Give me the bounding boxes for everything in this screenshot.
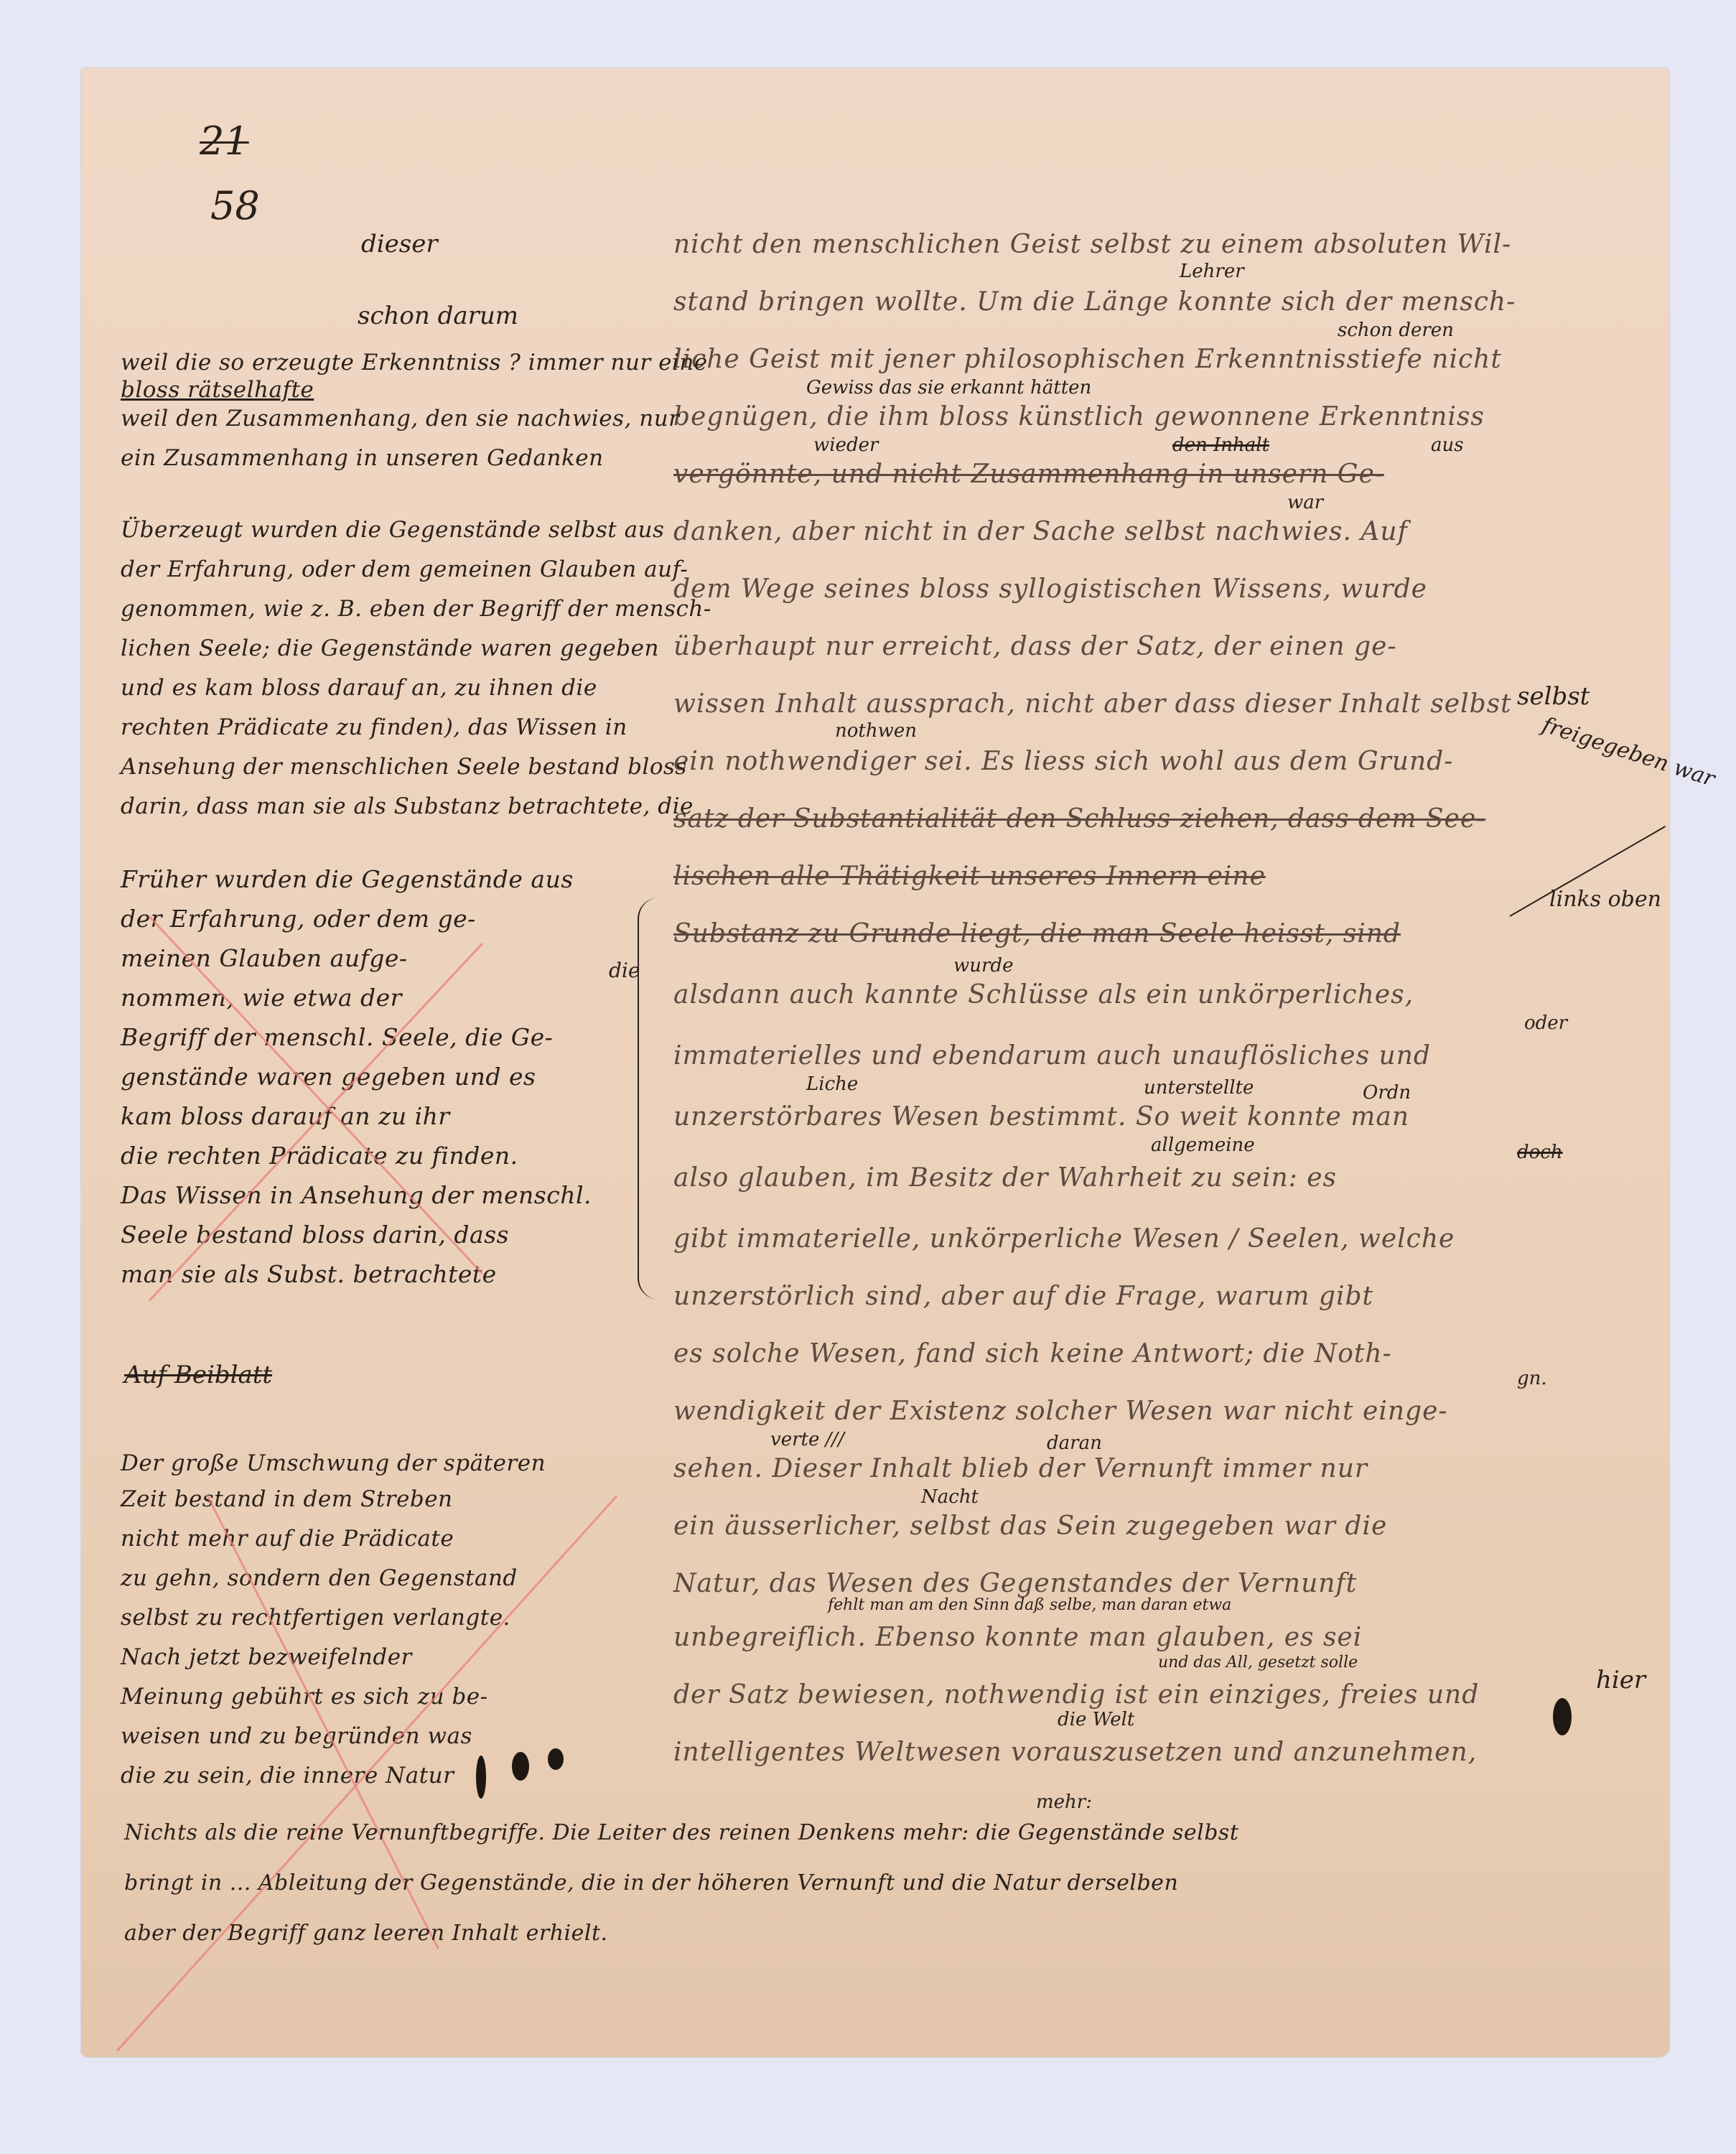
main-line: der Satz bewiesen, nothwendig ist ein ei… xyxy=(673,1680,1479,1710)
lower-line: Der große Umschwung der späteren xyxy=(121,1450,546,1476)
main-line: immaterielles und ebendarum auch unauflö… xyxy=(673,1041,1431,1071)
crossed-line: nommen, wie etwa der xyxy=(121,984,402,1012)
lower-line: nicht mehr auf die Prädicate xyxy=(121,1526,454,1552)
left-paragraph-line: darin, dass man sie als Substanz betrach… xyxy=(121,793,694,819)
manuscript-page: 21 58 dieser schon darum nicht den mensc… xyxy=(81,68,1669,2057)
insertion-bracket xyxy=(638,897,661,1300)
interlinear-insert: den Inhalt xyxy=(1172,434,1269,456)
interlinear-insert: Ordn xyxy=(1363,1082,1411,1104)
interlinear-insert: unterstellte xyxy=(1144,1077,1254,1099)
insert-schon-darum: schon darum xyxy=(358,302,518,330)
side-note-die: die xyxy=(609,959,640,982)
lower-line: Nach jetzt bezweifelnder xyxy=(121,1644,412,1670)
interlinear-insert: allgemeine xyxy=(1151,1134,1255,1156)
bottom-line: aber der Begriff ganz leeren Inhalt erhi… xyxy=(124,1921,608,1946)
left-paragraph-line: Ansehung der menschlichen Seele bestand … xyxy=(121,754,687,780)
crossed-line: die rechten Prädicate zu finden. xyxy=(121,1142,518,1170)
main-line: wissen Inhalt aussprach, nicht aber dass… xyxy=(673,689,1512,719)
main-line-struck: vergönnte, und nicht Zusammenhang in uns… xyxy=(673,460,1384,489)
lower-line: Zeit bestand in dem Streben xyxy=(121,1486,453,1512)
interlinear-insert: gn. xyxy=(1517,1368,1547,1389)
interlinear-insert: war xyxy=(1287,492,1323,513)
left-intro-line: weil den Zusammenhang, den sie nachwies,… xyxy=(121,406,680,432)
margin-note-freigegeben: freigegeben war xyxy=(1539,712,1718,792)
ink-blot xyxy=(512,1752,529,1781)
crossed-line: meinen Glauben aufge- xyxy=(121,944,408,972)
left-intro-line: weil die so erzeugte Erkenntniss ? immer… xyxy=(121,350,708,376)
interlinear-insert: Liche xyxy=(806,1073,858,1095)
main-line: gibt immaterielle, unkörperliche Wesen /… xyxy=(673,1224,1455,1254)
interlinear-insert: fehlt man am den Sinn daß selbe, man dar… xyxy=(828,1596,1231,1614)
main-line: ein nothwendiger sei. Es liess sich wohl… xyxy=(673,747,1453,776)
main-line: unzerstörlich sind, aber auf die Frage, … xyxy=(673,1282,1373,1311)
margin-note-links-oben: links oben xyxy=(1549,887,1661,912)
main-line: Natur, das Wesen des Gegenstandes der Ve… xyxy=(673,1569,1357,1598)
lower-line: weisen und zu begründen was xyxy=(121,1723,472,1749)
insert-dieser: dieser xyxy=(361,230,438,258)
lower-line: zu gehn, sondern den Gegenstand xyxy=(121,1565,518,1591)
crossed-line: Früher wurden die Gegenstände aus xyxy=(121,865,574,893)
main-line: stand bringen wollte. Um die Länge konnt… xyxy=(673,287,1516,317)
main-line: es solche Wesen, fand sich keine Antwort… xyxy=(673,1339,1392,1369)
left-paragraph-line: und es kam bloss darauf an, zu ihnen die xyxy=(121,675,597,701)
left-intro-line: bloss rätselhafte xyxy=(121,377,314,403)
margin-note-selbst: selbst xyxy=(1517,682,1590,711)
main-line: nicht den menschlichen Geist selbst zu e… xyxy=(673,230,1511,259)
main-line: unzerstörbares Wesen bestimmt. So weit k… xyxy=(673,1102,1409,1132)
main-line: also glauben, im Besitz der Wahrheit zu … xyxy=(673,1163,1337,1193)
crossed-line: Seele bestand bloss darin, dass xyxy=(121,1221,509,1249)
left-intro-line: ein Zusammenhang in unseren Gedanken xyxy=(121,445,604,471)
main-line: wendigkeit der Existenz solcher Wesen wa… xyxy=(673,1397,1448,1426)
interlinear-insert: oder xyxy=(1524,1012,1567,1034)
lower-line: die zu sein, die innere Natur xyxy=(121,1763,454,1789)
main-line-struck: lischen alle Thätigkeit unseres Innern e… xyxy=(673,862,1266,891)
bottom-line: Nichts als die reine Vernunftbegriffe. D… xyxy=(124,1820,1238,1845)
bottom-insert: mehr: xyxy=(1036,1791,1092,1813)
main-line: alsdann auch kannte Schlüsse als ein unk… xyxy=(673,980,1414,1010)
main-line: begnügen, die ihm bloss künstlich gewonn… xyxy=(673,402,1485,432)
left-paragraph-line: lichen Seele; die Gegenstände waren gege… xyxy=(121,635,659,661)
lower-line: selbst zu rechtfertigen verlangte. xyxy=(121,1605,510,1631)
crossed-line: Begriff der menschl. Seele, die Ge- xyxy=(121,1023,553,1051)
ink-blot xyxy=(476,1756,486,1799)
main-line-struck: Substanz zu Grunde liegt, die man Seele … xyxy=(673,919,1401,948)
margin-note-hier: hier xyxy=(1596,1666,1646,1694)
interlinear-insert: Nacht xyxy=(921,1486,979,1508)
crossed-line: kam bloss darauf an zu ihr xyxy=(121,1102,450,1130)
main-line: dem Wege seines bloss syllogistischen Wi… xyxy=(673,574,1427,604)
interlinear-insert: nothwen xyxy=(835,720,917,742)
interlinear-insert: wieder xyxy=(813,434,878,456)
interlinear-insert: daran xyxy=(1047,1432,1102,1454)
interlinear-insert: die Welt xyxy=(1058,1709,1134,1730)
interlinear-insert: aus xyxy=(1431,434,1464,456)
ink-blot xyxy=(548,1748,564,1770)
interlinear-insert: und das All, gesetzt solle xyxy=(1158,1654,1358,1672)
left-paragraph-line: Überzeugt wurden die Gegenstände selbst … xyxy=(121,517,664,543)
main-line: intelligentes Weltwesen vorauszusetzen u… xyxy=(673,1738,1477,1767)
main-line: sehen. Dieser Inhalt blieb der Vernunft … xyxy=(673,1454,1368,1483)
interlinear-insert: Lehrer xyxy=(1180,261,1244,282)
main-line: unbegreiflich. Ebenso konnte man glauben… xyxy=(673,1623,1362,1652)
crossed-line: Das Wissen in Ansehung der menschl. xyxy=(121,1181,592,1209)
main-line: überhaupt nur erreicht, dass der Satz, d… xyxy=(673,632,1397,661)
left-paragraph-line: genommen, wie z. B. eben der Begriff der… xyxy=(121,596,711,622)
interlinear-insert: verte /// xyxy=(770,1429,844,1450)
crossed-line: der Erfahrung, oder dem ge- xyxy=(121,905,476,933)
crossed-heading: Auf Beiblatt xyxy=(124,1361,272,1389)
interlinear-insert: schon deren xyxy=(1338,320,1454,341)
interlinear-insert: Gewiss das sie erkannt hätten xyxy=(806,377,1091,398)
old-folio-number: 21 xyxy=(200,118,249,164)
left-paragraph-line: der Erfahrung, oder dem gemeinen Glauben… xyxy=(121,556,688,582)
interlinear-insert: doch xyxy=(1517,1142,1563,1163)
ink-blot xyxy=(1553,1698,1572,1735)
folio-number: 58 xyxy=(210,183,260,228)
interlinear-insert: wurde xyxy=(953,955,1013,976)
crossed-line: genstände waren gegeben und es xyxy=(121,1063,536,1091)
left-paragraph-line: rechten Prädicate zu finden), das Wissen… xyxy=(121,714,627,740)
bottom-line: bringt in ... Ableitung der Gegenstände,… xyxy=(124,1870,1178,1896)
crossed-line: man sie als Subst. betrachtete xyxy=(121,1260,497,1288)
main-line-struck: satz der Substantialität den Schluss zie… xyxy=(673,804,1485,834)
main-line: liche Geist mit jener philosophischen Er… xyxy=(673,345,1502,374)
main-line: danken, aber nicht in der Sache selbst n… xyxy=(673,517,1408,546)
main-line: ein äusserlicher, selbst das Sein zugege… xyxy=(673,1511,1387,1541)
